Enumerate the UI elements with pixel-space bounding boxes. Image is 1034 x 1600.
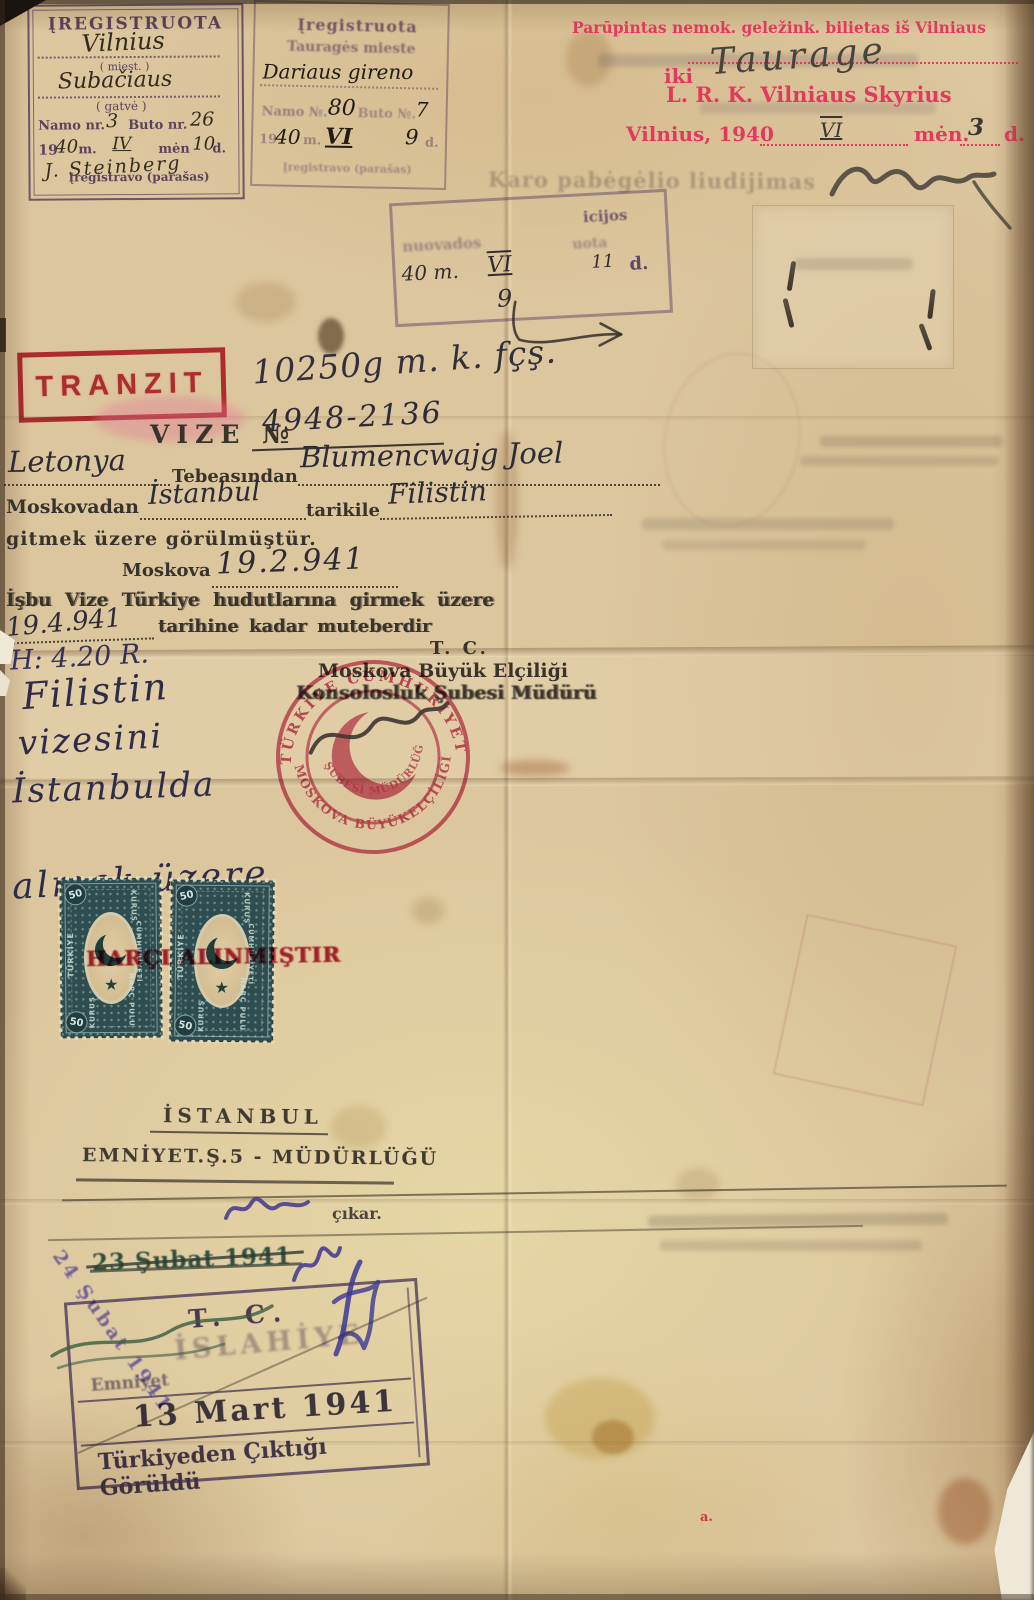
ghost-text-bar [662, 540, 866, 550]
house-label: Namo №. [261, 104, 327, 120]
city-handwritten: Vilnius [81, 26, 165, 57]
dotted-line [4, 484, 170, 486]
stain [330, 1105, 386, 1149]
stamp-fragment: nuovados [402, 234, 482, 256]
scan-edge-top [0, 0, 1034, 4]
scan-edge-right [1004, 0, 1034, 1600]
stamp-footer: Įregistravo (parašas) [68, 169, 209, 184]
d-label: d. [212, 141, 226, 156]
month-handwritten: VI [820, 118, 842, 142]
m-label: m. [303, 133, 322, 148]
via-handwritten: İstanbul [147, 476, 260, 511]
staple-mark [787, 261, 797, 291]
staple-mark [782, 298, 794, 328]
consulate-seal: TÜRKİYE CÜMHURİYETİ MOSKOVA BÜYÜKELÇİLİĞ… [254, 638, 491, 875]
stamp-title: Įregistruota [297, 15, 418, 37]
stain [500, 760, 570, 776]
country-text: TÜRKİYE [66, 932, 75, 978]
istanbul-dept: EMNİYET.Ş.5 - MÜDÜRLÜĞÜ [82, 1144, 438, 1170]
year-value: 40 [275, 124, 301, 149]
apt-value: 26 [190, 108, 214, 130]
apt-label: Buto №. [357, 106, 416, 122]
harc-text: HARÇ PULU [238, 977, 247, 1031]
staple-mark [927, 289, 936, 319]
stain [592, 1420, 634, 1454]
stain [676, 1168, 720, 1200]
street-handwritten: Dariaus gireno [262, 59, 413, 84]
ghost-text-bar [795, 258, 913, 270]
d-label: d. [425, 136, 439, 151]
day-value: 9 [405, 125, 419, 149]
ghost-round-stamp [650, 342, 814, 539]
route-label: tarikile [306, 500, 380, 521]
harc-text: HARÇ PULU [127, 973, 135, 1027]
destination-handwritten: Filistin [387, 474, 487, 510]
overprint-text: HARÇI ALINMIŞTIR [86, 942, 341, 971]
house-label: Namo nr. [38, 118, 105, 133]
year-value: 40 [55, 136, 78, 157]
destination-handwritten: Taurage [709, 30, 888, 83]
cikar-label: çıkar. [332, 1204, 382, 1223]
d-label: d. [629, 253, 649, 275]
place-year: Vilnius, 1940 [626, 122, 774, 146]
photo-impression-area [752, 205, 954, 369]
ghost-rect-stamp [773, 914, 958, 1106]
ghost-text-bar [642, 518, 894, 530]
kurus-text: KURUŞ [88, 996, 96, 1028]
kurus-text: KURUŞ [197, 1000, 205, 1032]
stamp-value: 50 [67, 887, 83, 901]
org-line: L. R. K. Vilniaus Skyrius [666, 82, 952, 107]
stamp-value: 50 [69, 1016, 85, 1029]
margin-note-line: İstanbulda [11, 764, 216, 811]
place-label: Moskova [122, 560, 211, 581]
green-pencil-scrawl [46, 1294, 280, 1378]
dept-underline [76, 1178, 394, 1184]
blue-ink-scrawl [296, 1258, 400, 1362]
stamp-fragment: icijos [582, 206, 627, 226]
star-icon: ★ [104, 975, 119, 994]
kurus-text: KURUŞ [129, 890, 137, 922]
dotted-line [140, 518, 306, 520]
stamp-subtitle: Tauragės mieste [287, 39, 416, 58]
from-label: Moskovadan [6, 496, 139, 518]
vize-number-handwritten: 4948-2136 [261, 395, 443, 439]
year-handwritten: 40 m. [401, 259, 459, 286]
stain [236, 282, 296, 322]
stain [938, 1478, 992, 1544]
m-label: m. [78, 142, 96, 157]
day-handwritten: 3 [968, 114, 984, 141]
stamp-value: 50 [179, 889, 195, 903]
nationality-handwritten: Letonya [8, 443, 126, 479]
registration-stamp-vilnius: ĮREGISTRUOTA Vilnius ( miest. ) Subačiau… [27, 3, 244, 201]
stamp-footer: Įregistravo (parašas) [282, 161, 411, 177]
ghost-text-bar [660, 1240, 922, 1251]
margin-note-line: vizesini [17, 716, 164, 764]
scan-corner-bottomleft [0, 1568, 26, 1600]
alt-day-handwritten: 11 [591, 251, 615, 273]
istanbul-title: İSTANBUL [163, 1103, 323, 1129]
red-note-mark: a. [700, 1510, 713, 1525]
edge-notch [0, 318, 6, 352]
house-value: 80 [327, 96, 356, 122]
dotted-line [212, 586, 398, 588]
scan-edge-left [0, 0, 5, 1600]
star-icon: ★ [214, 978, 229, 997]
dotted-line [260, 84, 438, 90]
month-handwritten: VI [487, 252, 513, 278]
ghost-text-bar [800, 456, 998, 466]
apt-value: 7 [415, 97, 428, 121]
scan-edge-bottom [0, 1594, 1034, 1600]
month-value: VI [325, 123, 353, 150]
house-value: 3 [106, 110, 118, 132]
street-handwritten: Subačiaus [58, 67, 173, 95]
month-value: IV [112, 134, 131, 154]
validity-line2: tarihine kadar muteberdir [158, 616, 432, 637]
registration-stamp-taurage: Įregistruota Tauragės mieste Dariaus gir… [250, 0, 450, 190]
stamp-fragment: uota [572, 235, 608, 253]
men-label: mėn. [914, 122, 969, 146]
stamp-value: 50 [177, 1019, 193, 1032]
note-line1: Parūpintas nemok. geležink. bilietas iš … [572, 18, 986, 37]
pencil-line [48, 1225, 863, 1241]
stain [412, 898, 444, 924]
kurus-text: KURUŞ [242, 892, 250, 924]
street-label: ( gatvė ) [96, 99, 147, 113]
ghost-text-bar [820, 436, 1002, 447]
apt-label: Buto nr. [128, 118, 187, 133]
holder-name-handwritten: Blumencwajg Joel [300, 436, 564, 475]
exit-seen-line: Türkiyeden Çıktığı Görüldü [97, 1427, 428, 1502]
title-underline [150, 1131, 328, 1135]
issue-date-handwritten: 19.2.941 [215, 541, 366, 581]
ink-squiggle [222, 1190, 314, 1226]
precinct-stamp: icijos nuovados uota 40 m. VI 11 d. 9 [389, 189, 673, 327]
staple-mark [918, 323, 932, 351]
document-page: Karo pabėgėlio liudijimas ĮREGISTRUOTA V… [0, 0, 1034, 1600]
